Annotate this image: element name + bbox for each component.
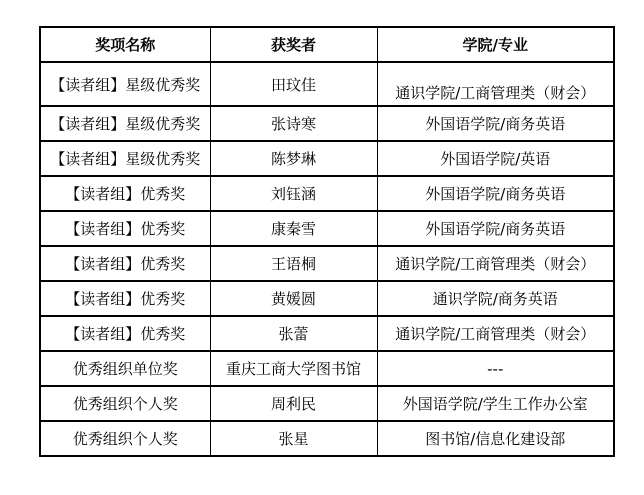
awards-table: 奖项名称 获奖者 学院/专业 【读者组】星级优秀奖 田玟佳 通识学院/工商管理类…: [39, 26, 615, 457]
winner-cell: 刘钰涵: [210, 176, 377, 211]
table-row: 【读者组】星级优秀奖 张诗寒 外国语学院/商务英语: [40, 106, 614, 141]
major-cell: 通识学院/工商管理类（财会）: [377, 316, 614, 351]
header-college-major: 学院/专业: [377, 27, 614, 62]
major-cell: 图书馆/信息化建设部: [377, 421, 614, 456]
award-cell: 【读者组】优秀奖: [40, 176, 210, 211]
table-row: 【读者组】优秀奖 张蕾 通识学院/工商管理类（财会）: [40, 316, 614, 351]
major-cell: 通识学院/工商管理类（财会）: [377, 62, 614, 106]
major-cell: 外国语学院/商务英语: [377, 106, 614, 141]
winner-cell: 张诗寒: [210, 106, 377, 141]
winner-cell: 张星: [210, 421, 377, 456]
table-row: 优秀组织个人奖 张星 图书馆/信息化建设部: [40, 421, 614, 456]
winner-cell: 康秦雪: [210, 211, 377, 246]
award-cell: 【读者组】优秀奖: [40, 316, 210, 351]
table-row: 【读者组】星级优秀奖 陈梦琳 外国语学院/英语: [40, 141, 614, 176]
winner-cell: 黄媛圆: [210, 281, 377, 316]
table-row: 【读者组】优秀奖 黄媛圆 通识学院/商务英语: [40, 281, 614, 316]
header-winner: 获奖者: [210, 27, 377, 62]
winner-cell: 田玟佳: [210, 62, 377, 106]
award-cell: 【读者组】优秀奖: [40, 281, 210, 316]
major-cell: 通识学院/商务英语: [377, 281, 614, 316]
major-cell: 外国语学院/商务英语: [377, 211, 614, 246]
winner-cell: 张蕾: [210, 316, 377, 351]
winner-cell: 陈梦琳: [210, 141, 377, 176]
award-cell: 【读者组】星级优秀奖: [40, 62, 210, 106]
major-cell: 外国语学院/商务英语: [377, 176, 614, 211]
table-row: 优秀组织个人奖 周利民 外国语学院/学生工作办公室: [40, 386, 614, 421]
winner-cell: 王语桐: [210, 246, 377, 281]
award-cell: 【读者组】优秀奖: [40, 211, 210, 246]
winner-cell: 重庆工商大学图书馆: [210, 351, 377, 386]
major-cell: 外国语学院/学生工作办公室: [377, 386, 614, 421]
award-cell: 优秀组织个人奖: [40, 386, 210, 421]
header-row: 奖项名称 获奖者 学院/专业: [40, 27, 614, 62]
award-cell: 【读者组】星级优秀奖: [40, 106, 210, 141]
award-cell: 优秀组织单位奖: [40, 351, 210, 386]
award-cell: 【读者组】星级优秀奖: [40, 141, 210, 176]
header-award-name: 奖项名称: [40, 27, 210, 62]
table-row: 【读者组】优秀奖 康秦雪 外国语学院/商务英语: [40, 211, 614, 246]
major-cell: 外国语学院/英语: [377, 141, 614, 176]
table-row: 【读者组】优秀奖 刘钰涵 外国语学院/商务英语: [40, 176, 614, 211]
table-row: 【读者组】星级优秀奖 田玟佳 通识学院/工商管理类（财会）: [40, 62, 614, 106]
table-row: 优秀组织单位奖 重庆工商大学图书馆 ---: [40, 351, 614, 386]
award-cell: 【读者组】优秀奖: [40, 246, 210, 281]
award-cell: 优秀组织个人奖: [40, 421, 210, 456]
major-cell: ---: [377, 351, 614, 386]
major-cell: 通识学院/工商管理类（财会）: [377, 246, 614, 281]
table-row: 【读者组】优秀奖 王语桐 通识学院/工商管理类（财会）: [40, 246, 614, 281]
winner-cell: 周利民: [210, 386, 377, 421]
